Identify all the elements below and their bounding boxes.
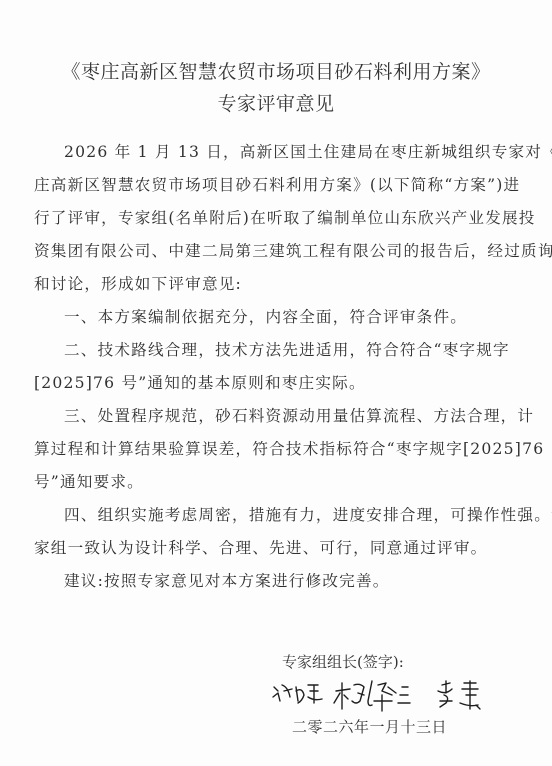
document-title: 《枣庄高新区智慧农贸市场项目砂石料利用方案》 (0, 57, 552, 84)
paragraph-line: 算过程和计算结果验算误差，符合技术指标符合“枣字规字[2025]76 (34, 439, 520, 459)
document-page: 《枣庄高新区智慧农贸市场项目砂石料利用方案》 专家评审意见 2026 年 1 月… (0, 0, 552, 766)
paragraph-line: 家组一致认为设计科学、合理、先进、可行，同意通过评审。 (34, 538, 520, 558)
opinion-item-4: 四、组织实施考虑周密，措施有力，进度安排合理，可操作性强。专 (64, 505, 520, 525)
paragraph-line: 和讨论，形成如下评审意见: (34, 274, 520, 294)
signature-label: 专家组组长(签字): (282, 651, 404, 672)
signature-scribble-icon (270, 677, 510, 713)
paragraph-line: 号”通知要求。 (34, 472, 520, 492)
document-subtitle: 专家评审意见 (0, 89, 552, 116)
paragraph-line: 2026 年 1 月 13 日，高新区国土住建局在枣庄新城组织专家对《枣 (64, 142, 520, 162)
suggestion-text: 建议:按照专家意见对本方案进行修改完善。 (64, 571, 520, 591)
opinion-item-2: 二、技术路线合理，技术方法先进适用，符合符合“枣字规字 (64, 340, 520, 360)
paragraph-line: 资集团有限公司、中建二局第三建筑工程有限公司的报告后，经过质询 (34, 241, 520, 261)
paragraph-line: 行了评审，专家组(名单附后)在听取了编制单位山东欣兴产业发展投 (34, 208, 520, 228)
paragraph-line: 庄高新区智慧农贸市场项目砂石料利用方案》(以下简称“方案”)进 (34, 175, 520, 195)
handwritten-signatures (270, 677, 510, 713)
opinion-item-1: 一、本方案编制依据充分，内容全面，符合评审条件。 (64, 307, 520, 327)
paragraph-line: [2025]76 号”通知的基本原则和枣庄实际。 (34, 373, 520, 393)
opinion-item-3: 三、处置程序规范，砂石料资源动用量估算流程、方法合理，计 (64, 406, 520, 426)
signature-date: 二零二六年一月十三日 (292, 716, 447, 737)
